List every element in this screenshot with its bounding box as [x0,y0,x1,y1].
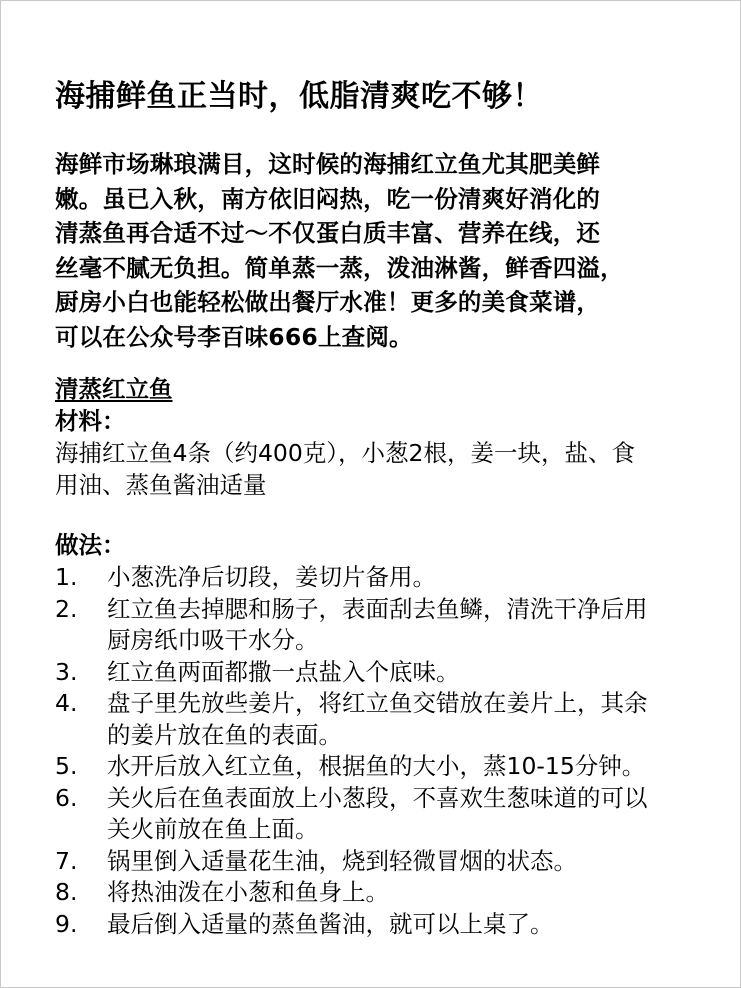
step-number: 9. [55,909,107,941]
ingredients-text: 海捕红立鱼4条（约400克），小葱2根，姜一块，盐、食 用油、蒸鱼酱油适量 [55,437,695,501]
step-text: 盘子里先放些姜片，将红立鱼交错放在姜片上，其余 的姜片放在鱼的表面。 [107,688,715,751]
step-line: 将热油泼在小葱和鱼身上。 [107,877,715,909]
step-line: 水开后放入红立鱼，根据鱼的大小，蒸10-15分钟。 [107,751,715,783]
step-number: 5. [55,751,107,783]
step-number: 2. [55,594,107,657]
step-text: 将热油泼在小葱和鱼身上。 [107,877,715,909]
step-number: 1. [55,562,107,594]
step-line: 盘子里先放些姜片，将红立鱼交错放在姜片上，其余 [107,688,715,720]
step-text: 红立鱼去掉腮和肠子，表面刮去鱼鳞，清洗干净后用 厨房纸巾吸干水分。 [107,594,715,657]
step-line: 红立鱼两面都撒一点盐入个底味。 [107,657,715,689]
ingredients-line: 用油、蒸鱼酱油适量 [55,469,695,501]
headline: 海捕鲜鱼正当时，低脂清爽吃不够！ [55,77,543,117]
step-item: 6. 关火后在鱼表面放上小葱段，不喜欢生葱味道的可以 关火前放在鱼上面。 [55,783,715,846]
step-item: 9. 最后倒入适量的蒸鱼酱油，就可以上桌了。 [55,909,715,941]
step-text: 最后倒入适量的蒸鱼酱油，就可以上桌了。 [107,909,715,941]
step-line: 锅里倒入适量花生油，烧到轻微冒烟的状态。 [107,846,715,878]
intro-line: 丝毫不腻无负担。简单蒸一蒸，泼油淋酱，鲜香四溢， [55,251,695,286]
intro-line: 清蒸鱼再合适不过～不仅蛋白质丰富、营养在线，还 [55,216,695,251]
step-item: 8. 将热油泼在小葱和鱼身上。 [55,877,715,909]
step-line: 的姜片放在鱼的表面。 [107,720,715,752]
intro-paragraph: 海鲜市场琳琅满目，这时候的海捕红立鱼尤其肥美鲜 嫩。虽已入秋，南方依旧闷热，吃一… [55,147,695,355]
step-line: 最后倒入适量的蒸鱼酱油，就可以上桌了。 [107,909,715,941]
intro-line: 海鲜市场琳琅满目，这时候的海捕红立鱼尤其肥美鲜 [55,147,695,182]
step-item: 1. 小葱洗净后切段，姜切片备用。 [55,562,715,594]
intro-line: 嫩。虽已入秋，南方依旧闷热，吃一份清爽好消化的 [55,182,695,217]
step-number: 6. [55,783,107,846]
step-text: 关火后在鱼表面放上小葱段，不喜欢生葱味道的可以 关火前放在鱼上面。 [107,783,715,846]
step-text: 水开后放入红立鱼，根据鱼的大小，蒸10-15分钟。 [107,751,715,783]
step-text: 小葱洗净后切段，姜切片备用。 [107,562,715,594]
step-number: 3. [55,657,107,689]
step-item: 5. 水开后放入红立鱼，根据鱼的大小，蒸10-15分钟。 [55,751,715,783]
ingredients-label: 材料： [55,405,126,437]
step-number: 8. [55,877,107,909]
step-item: 7. 锅里倒入适量花生油，烧到轻微冒烟的状态。 [55,846,715,878]
step-text: 锅里倒入适量花生油，烧到轻微冒烟的状态。 [107,846,715,878]
step-number: 7. [55,846,107,878]
method-steps-list: 1. 小葱洗净后切段，姜切片备用。 2. 红立鱼去掉腮和肠子，表面刮去鱼鳞，清洗… [55,562,715,940]
step-line: 关火前放在鱼上面。 [107,814,715,846]
step-item: 4. 盘子里先放些姜片，将红立鱼交错放在姜片上，其余 的姜片放在鱼的表面。 [55,688,715,751]
step-text: 红立鱼两面都撒一点盐入个底味。 [107,657,715,689]
ingredients-line: 海捕红立鱼4条（约400克），小葱2根，姜一块，盐、食 [55,437,695,469]
step-item: 3. 红立鱼两面都撒一点盐入个底味。 [55,657,715,689]
intro-line: 厨房小白也能轻松做出餐厅水准！更多的美食菜谱， [55,285,695,320]
step-line: 红立鱼去掉腮和肠子，表面刮去鱼鳞，清洗干净后用 [107,594,715,626]
recipe-title: 清蒸红立鱼 [55,373,173,405]
method-label: 做法： [55,529,126,561]
step-line: 小葱洗净后切段，姜切片备用。 [107,562,715,594]
step-item: 2. 红立鱼去掉腮和肠子，表面刮去鱼鳞，清洗干净后用 厨房纸巾吸干水分。 [55,594,715,657]
intro-line: 可以在公众号李百味666上查阅。 [55,320,695,355]
step-line: 厨房纸巾吸干水分。 [107,625,715,657]
recipe-page: 海捕鲜鱼正当时，低脂清爽吃不够！ 海鲜市场琳琅满目，这时候的海捕红立鱼尤其肥美鲜… [0,0,741,988]
step-number: 4. [55,688,107,751]
step-line: 关火后在鱼表面放上小葱段，不喜欢生葱味道的可以 [107,783,715,815]
